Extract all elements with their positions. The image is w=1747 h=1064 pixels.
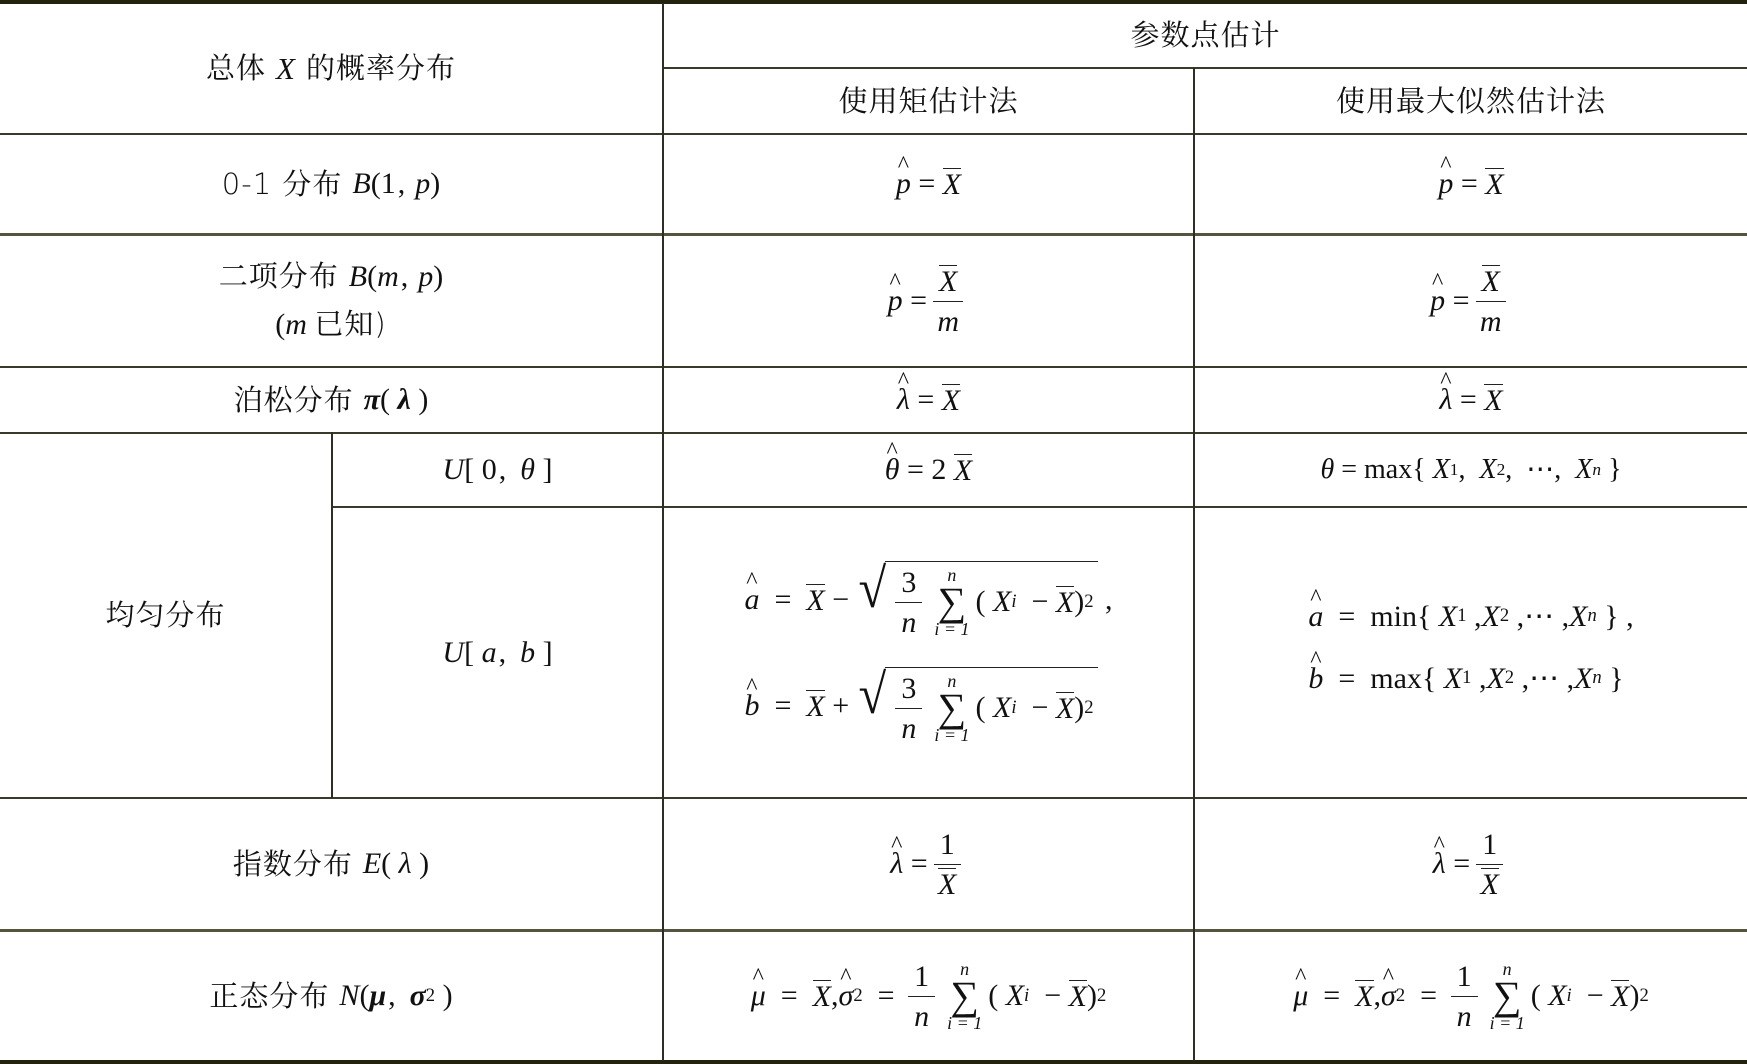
- header-distribution-post: 的概率分布: [306, 51, 456, 86]
- row-binomial-label: 二项分布B(m,p) (m 已知): [0, 236, 662, 366]
- row-uniform-label: 均匀分布: [0, 434, 331, 797]
- header-distribution-pre: 总体: [206, 51, 266, 86]
- row-poisson-mle: λ = X: [1195, 368, 1747, 432]
- row-normal-label: 正态分布 N(μ,σ2 ): [0, 932, 662, 1060]
- b-hat-mle-formula: b = max{ X1 ,X2 ,⋯ ,Xn }: [1308, 661, 1623, 697]
- row-uniform-a-b-sub: U[ a,b ]: [333, 508, 662, 797]
- header-group-title: 参数点估计: [664, 4, 1747, 67]
- header-moment-method: 使用矩估计法: [664, 69, 1193, 133]
- row-poisson-moment: λ = X: [664, 368, 1193, 432]
- b-hat-moment-formula: b = X + √ 3n n∑i = 1 ( Xi − X)2: [744, 667, 1112, 745]
- row-bernoulli-mle: p = X: [1195, 135, 1747, 233]
- row-exponential-mle: λ =1X: [1195, 799, 1747, 929]
- a-hat-mle-formula: a = min{ X1 ,X2 ,⋯ ,Xn } ,: [1308, 599, 1633, 635]
- row-exponential-label: 指数分布 E( λ ): [0, 799, 662, 929]
- row-bernoulli-label: 0-1 分布 B(1,p): [0, 135, 662, 233]
- row-binomial-moment: p =Xm: [664, 236, 1193, 366]
- bottom-border: [0, 1060, 1747, 1064]
- a-hat-moment-formula: a = X − √ 3n n∑i = 1 ( Xi − X)2 ,: [744, 561, 1112, 639]
- row-uniform-a-b-moment: a = X − √ 3n n∑i = 1 ( Xi − X)2 , b = X …: [664, 508, 1193, 797]
- header-mle-method: 使用最大似然估计法: [1195, 69, 1747, 133]
- row-normal-moment: μ = X,σ2 = 1nn∑i = 1( Xi − X)2: [664, 932, 1193, 1060]
- row-uniform-0-theta-moment: θ = 2 X: [664, 434, 1193, 506]
- row-binomial-mle: p =Xm: [1195, 236, 1747, 366]
- row-uniform-0-theta-sub: U[ 0,θ ]: [333, 434, 662, 506]
- header-distribution: 总体 X 的概率分布: [0, 4, 662, 133]
- row-normal-mle: μ = X,σ2 = 1nn∑i = 1( Xi − X)2: [1195, 932, 1747, 1060]
- row-uniform-a-b-mle: a = min{ X1 ,X2 ,⋯ ,Xn } , b = max{ X1 ,…: [1195, 508, 1747, 797]
- row-exponential-moment: λ =1X: [664, 799, 1193, 929]
- row-poisson-label: 泊松分布 π( λ ): [0, 368, 662, 432]
- row-uniform-0-theta-mle: θ = max{ X1, X2, ⋯, Xn }: [1195, 434, 1747, 506]
- estimation-table: 总体 X 的概率分布 参数点估计 使用矩估计法 使用最大似然估计法 0-1 分布…: [0, 0, 1747, 1064]
- row-bernoulli-moment: p = X: [664, 135, 1193, 233]
- header-distribution-var: X: [276, 50, 296, 87]
